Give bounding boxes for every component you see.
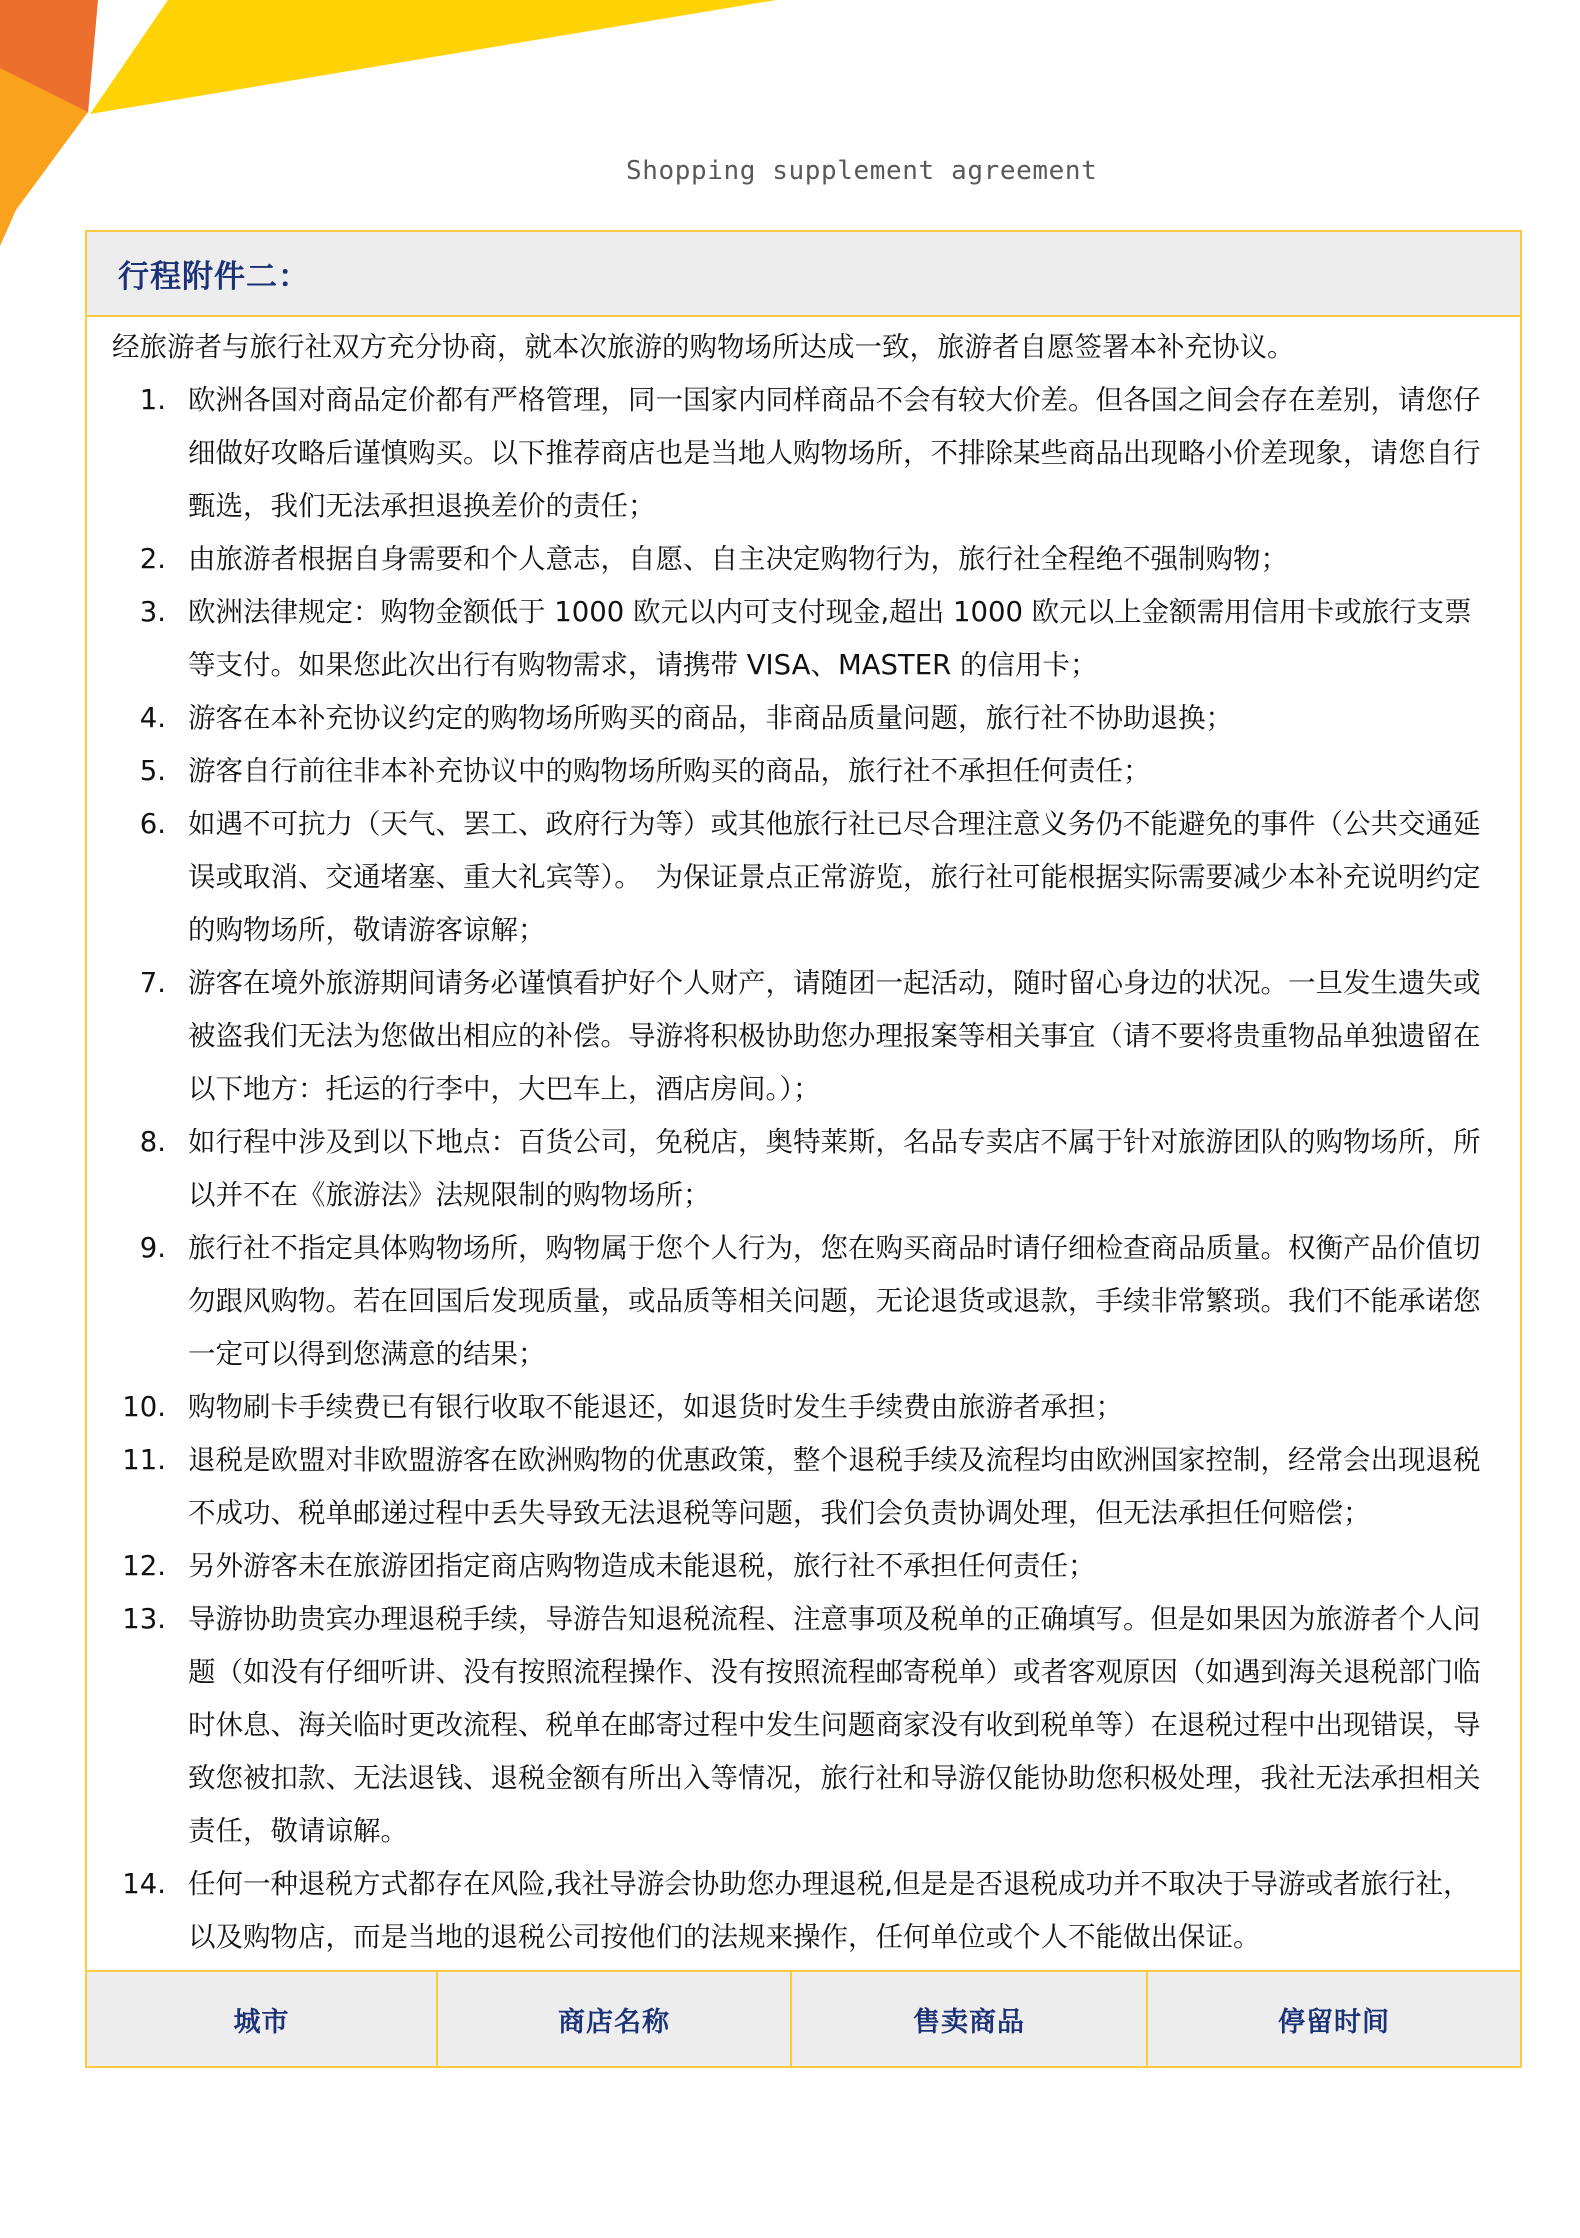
shop-table-header-row: 城市 商店名称 售卖商品 停留时间	[87, 1970, 1520, 2066]
agreement-item: 12.另外游客未在旅游团指定商店购物造成未能退税，旅行社不承担任何责任；	[112, 1540, 1485, 1593]
agreement-item: 11.退税是欧盟对非欧盟游客在欧洲购物的优惠政策，整个退税手续及流程均由欧洲国家…	[112, 1434, 1485, 1540]
agreement-intro: 经旅游者与旅行社双方充分协商，就本次旅游的购物场所达成一致，旅游者自愿签署本补充…	[112, 321, 1485, 374]
agreement-item: 5.游客自行前往非本补充协议中的购物场所购买的商品，旅行社不承担任何责任；	[112, 745, 1485, 798]
agreement-item: 7.游客在境外旅游期间请务必谨慎看护好个人财产，请随团一起活动，随时留心身边的状…	[112, 957, 1485, 1116]
agreement-item: 4.游客在本补充协议约定的购物场所购买的商品，非商品质量问题，旅行社不协助退换；	[112, 692, 1485, 745]
agreement-item-text: 如行程中涉及到以下地点：百货公司，免税店，奥特莱斯，名品专卖店不属于针对旅游团队…	[188, 1116, 1485, 1222]
agreement-item-number: 8.	[112, 1116, 166, 1169]
agreement-item: 1.欧洲各国对商品定价都有严格管理，同一国家内同样商品不会有较大价差。但各国之间…	[112, 374, 1485, 533]
agreement-item: 10.购物刷卡手续费已有银行收取不能退还，如退货时发生手续费由旅游者承担；	[112, 1381, 1485, 1434]
attachment-box: 行程附件二： 经旅游者与旅行社双方充分协商，就本次旅游的购物场所达成一致，旅游者…	[85, 230, 1522, 2068]
agreement-item-text: 任何一种退税方式都存在风险,我社导游会协助您办理退税,但是是否退税成功并不取决于…	[188, 1858, 1485, 1964]
agreement-item-number: 4.	[112, 692, 166, 745]
agreement-item-text: 欧洲法律规定：购物金额低于 1000 欧元以内可支付现金,超出 1000 欧元以…	[188, 586, 1485, 692]
agreement-item-number: 6.	[112, 798, 166, 851]
agreement-item-text: 购物刷卡手续费已有银行收取不能退还，如退货时发生手续费由旅游者承担；	[188, 1381, 1485, 1434]
corner-shape-yellow	[90, 0, 776, 114]
document-page: Shopping supplement agreement 行程附件二： 经旅游…	[0, 0, 1580, 2238]
agreement-item-number: 14.	[112, 1858, 166, 1911]
agreement-item-number: 9.	[112, 1222, 166, 1275]
agreement-item: 14.任何一种退税方式都存在风险,我社导游会协助您办理退税,但是是否退税成功并不…	[112, 1858, 1485, 1964]
agreement-item: 2.由旅游者根据自身需要和个人意志，自愿、自主决定购物行为，旅行社全程绝不强制购…	[112, 533, 1485, 586]
shop-table-col-stay-duration: 停留时间	[1148, 1972, 1520, 2066]
shop-table-col-goods-sold: 售卖商品	[792, 1972, 1148, 2066]
agreement-item-number: 12.	[112, 1540, 166, 1593]
document-title: Shopping supplement agreement	[626, 156, 1097, 186]
corner-decoration	[0, 0, 800, 260]
agreement-body: 经旅游者与旅行社双方充分协商，就本次旅游的购物场所达成一致，旅游者自愿签署本补充…	[87, 317, 1520, 1970]
agreement-item-number: 3.	[112, 586, 166, 639]
agreement-item-text: 旅行社不指定具体购物场所，购物属于您个人行为，您在购买商品时请仔细检查商品质量。…	[188, 1222, 1485, 1381]
agreement-item-text: 另外游客未在旅游团指定商店购物造成未能退税，旅行社不承担任何责任；	[188, 1540, 1485, 1593]
attachment-heading: 行程附件二：	[118, 251, 310, 296]
agreement-item-number: 2.	[112, 533, 166, 586]
agreement-item-text: 退税是欧盟对非欧盟游客在欧洲购物的优惠政策，整个退税手续及流程均由欧洲国家控制，…	[188, 1434, 1485, 1540]
corner-shape-light-orange	[0, 68, 88, 246]
agreement-item: 8.如行程中涉及到以下地点：百货公司，免税店，奥特莱斯，名品专卖店不属于针对旅游…	[112, 1116, 1485, 1222]
corner-shape-dark-orange	[0, 0, 98, 113]
attachment-header: 行程附件二：	[87, 232, 1520, 317]
agreement-item-text: 如遇不可抗力（天气、罢工、政府行为等）或其他旅行社已尽合理注意义务仍不能避免的事…	[188, 798, 1485, 957]
shop-table-col-city: 城市	[87, 1972, 438, 2066]
shop-table-col-store-name: 商店名称	[438, 1972, 792, 2066]
agreement-item-text: 由旅游者根据自身需要和个人意志，自愿、自主决定购物行为，旅行社全程绝不强制购物；	[188, 533, 1485, 586]
agreement-item-number: 11.	[112, 1434, 166, 1487]
agreement-item-number: 13.	[112, 1593, 166, 1646]
agreement-item: 9.旅行社不指定具体购物场所，购物属于您个人行为，您在购买商品时请仔细检查商品质…	[112, 1222, 1485, 1381]
agreement-item-text: 欧洲各国对商品定价都有严格管理，同一国家内同样商品不会有较大价差。但各国之间会存…	[188, 374, 1485, 533]
agreement-item-text: 游客在境外旅游期间请务必谨慎看护好个人财产，请随团一起活动，随时留心身边的状况。…	[188, 957, 1485, 1116]
agreement-item: 6.如遇不可抗力（天气、罢工、政府行为等）或其他旅行社已尽合理注意义务仍不能避免…	[112, 798, 1485, 957]
agreement-item-list: 1.欧洲各国对商品定价都有严格管理，同一国家内同样商品不会有较大价差。但各国之间…	[112, 374, 1485, 1964]
agreement-item-number: 1.	[112, 374, 166, 427]
agreement-item: 3.欧洲法律规定：购物金额低于 1000 欧元以内可支付现金,超出 1000 欧…	[112, 586, 1485, 692]
agreement-item-number: 5.	[112, 745, 166, 798]
agreement-item: 13.导游协助贵宾办理退税手续，导游告知退税流程、注意事项及税单的正确填写。但是…	[112, 1593, 1485, 1858]
agreement-item-text: 游客在本补充协议约定的购物场所购买的商品，非商品质量问题，旅行社不协助退换；	[188, 692, 1485, 745]
agreement-item-text: 游客自行前往非本补充协议中的购物场所购买的商品，旅行社不承担任何责任；	[188, 745, 1485, 798]
agreement-item-number: 7.	[112, 957, 166, 1010]
agreement-item-number: 10.	[112, 1381, 166, 1434]
agreement-item-text: 导游协助贵宾办理退税手续，导游告知退税流程、注意事项及税单的正确填写。但是如果因…	[188, 1593, 1485, 1858]
